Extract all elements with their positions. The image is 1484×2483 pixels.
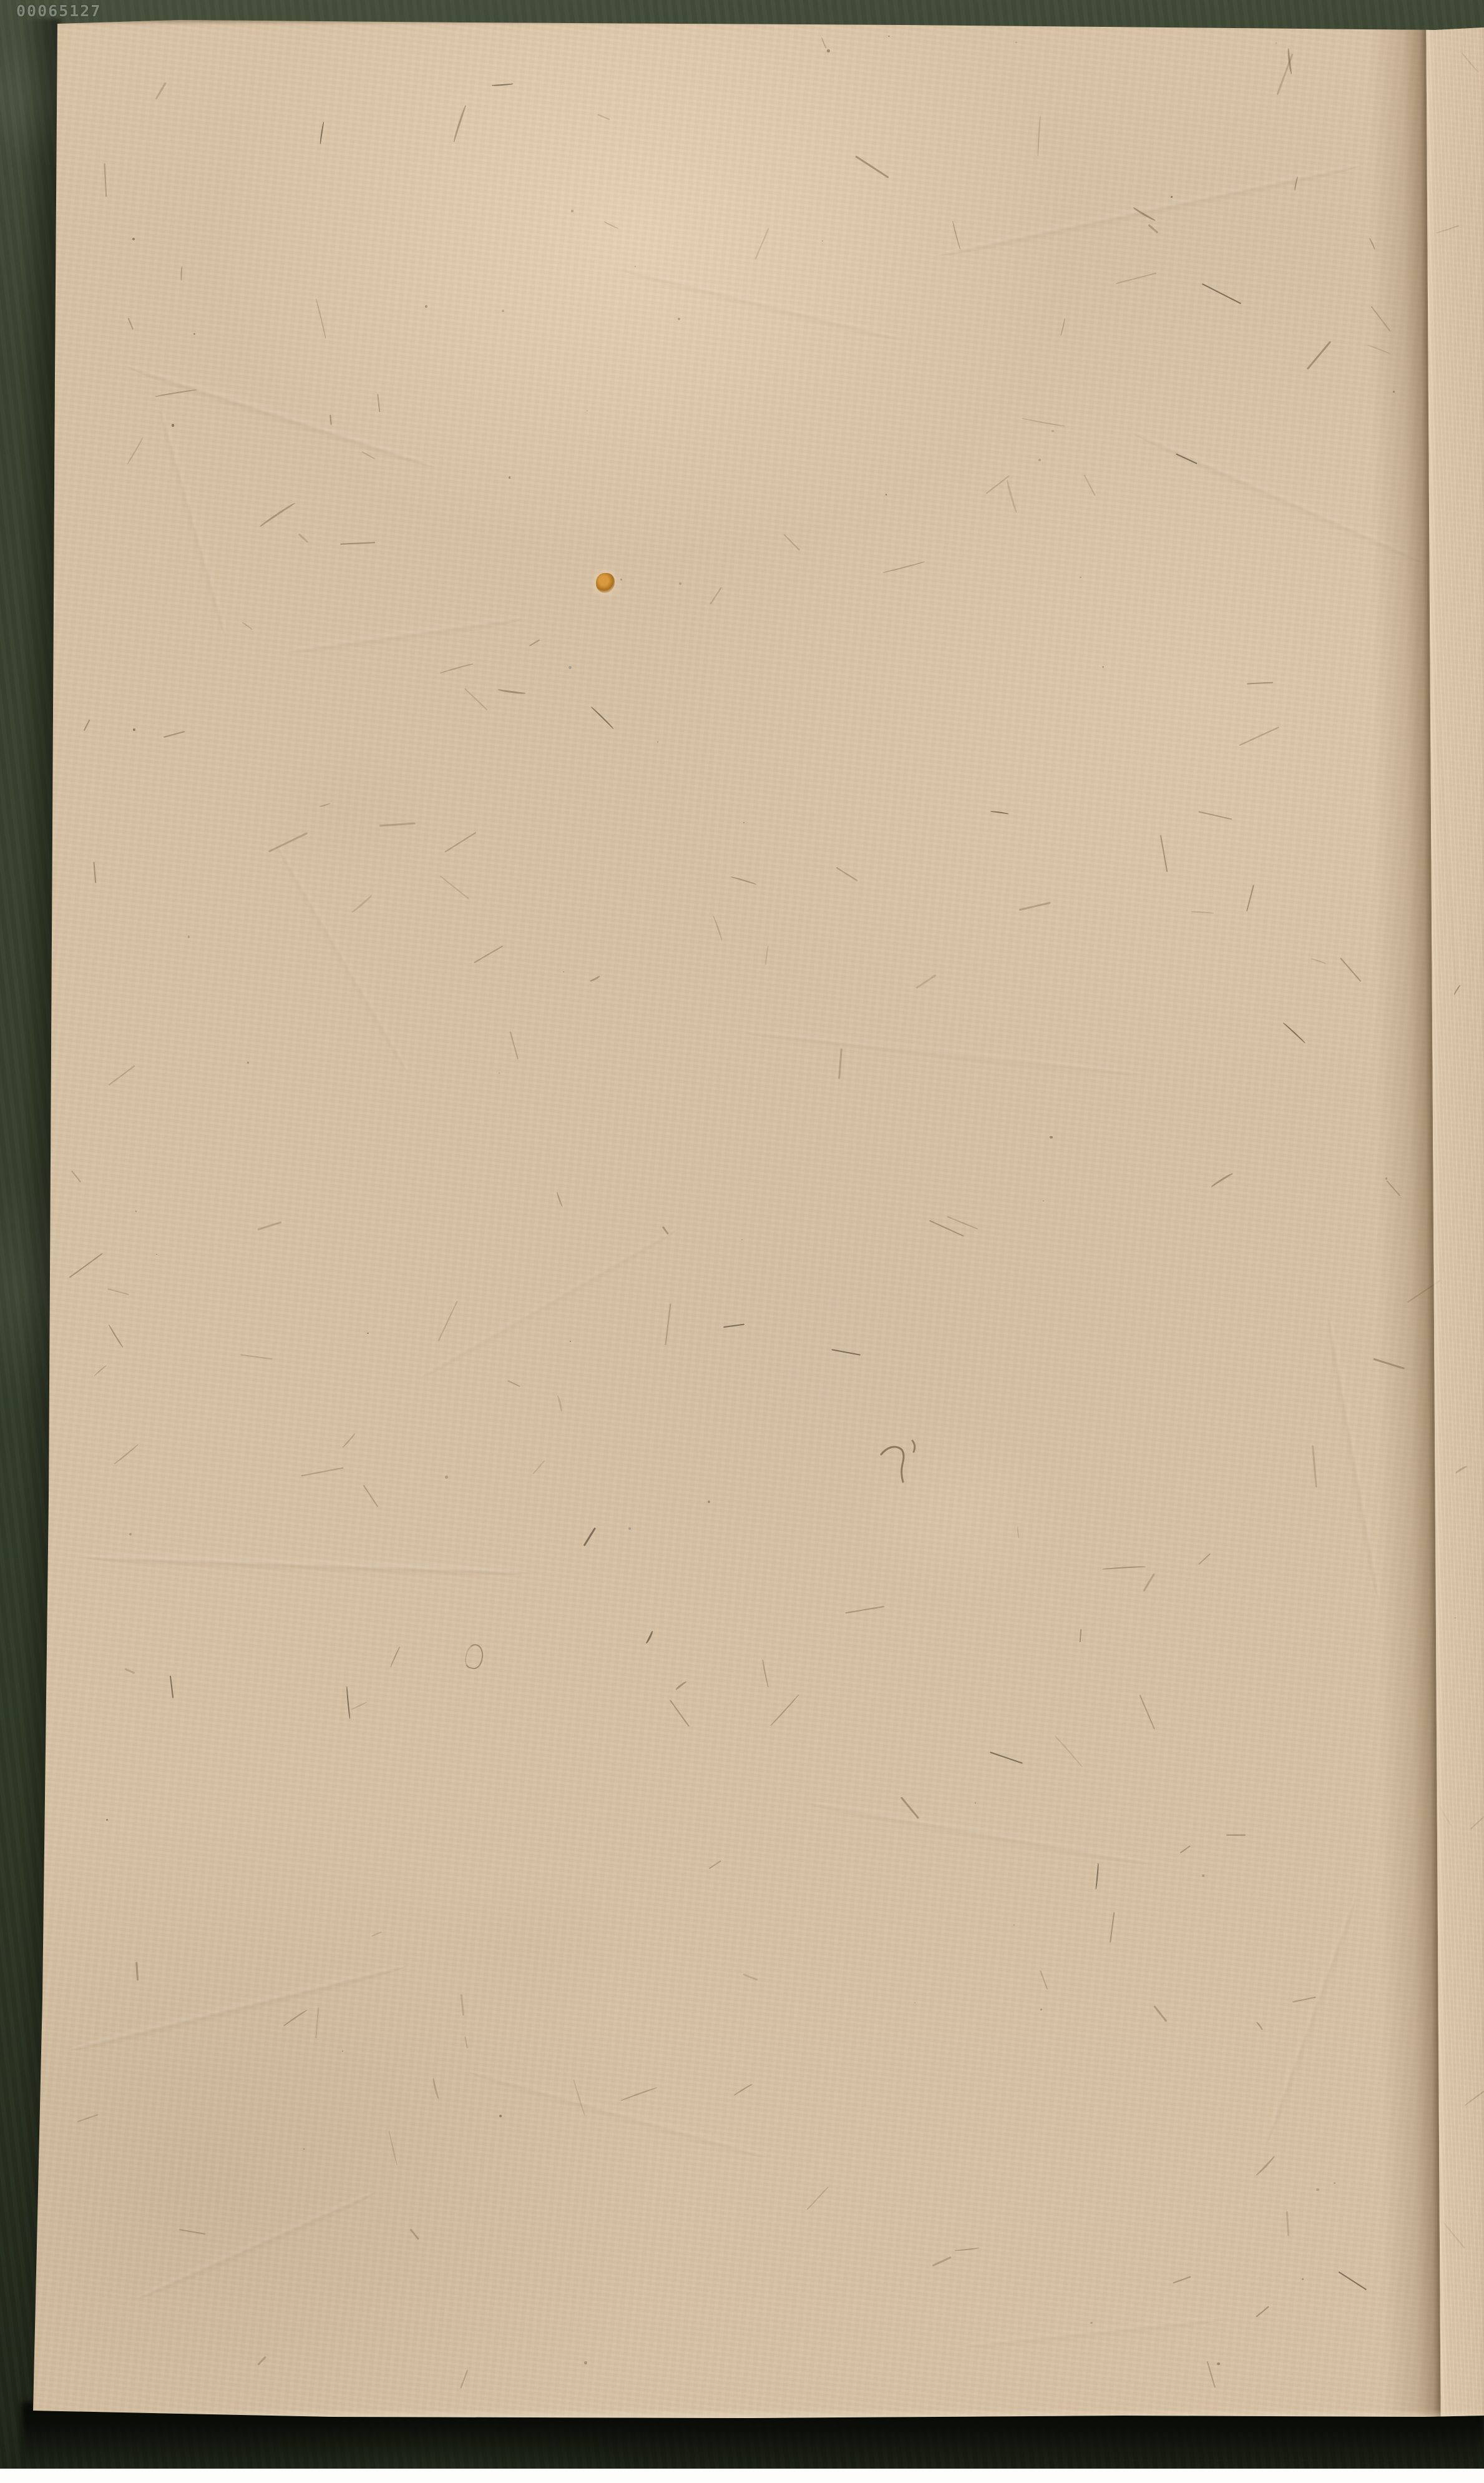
paper-speck — [132, 238, 135, 240]
paper-speck — [172, 424, 174, 426]
paper-speck — [1202, 1874, 1204, 1877]
paper-speck — [1015, 42, 1017, 43]
scanned-page-view: 00065127 — [0, 0, 1484, 2483]
scan-id-label: 00065127 — [16, 2, 101, 20]
paper-speck — [342, 2050, 343, 2052]
paper-speck — [571, 210, 574, 212]
paper-speck — [502, 310, 504, 312]
paper-speck — [569, 666, 572, 669]
paper-speck — [886, 494, 887, 496]
paper-speck — [1050, 1136, 1052, 1139]
paper-speck — [914, 2002, 915, 2004]
paper-speck — [657, 741, 659, 743]
paper-speck — [678, 318, 680, 320]
paper-speck — [584, 2361, 587, 2364]
paper-speck — [975, 1802, 977, 1804]
paper-speck — [1316, 2188, 1319, 2192]
paper-speck — [822, 240, 823, 242]
paper-speck — [106, 1819, 108, 1821]
paper-mottle-texture — [25, 16, 1484, 2426]
paper-speck — [635, 266, 636, 267]
book-page-blank — [25, 16, 1484, 2426]
paper-speck — [188, 936, 190, 938]
paper-speck — [628, 1527, 631, 1530]
paper-speck — [679, 582, 681, 585]
paper-speck — [133, 728, 135, 731]
paper-speck — [509, 476, 511, 479]
paper-speck — [499, 1072, 500, 1074]
paper-squiggle-fiber — [874, 1434, 930, 1491]
paper-speck — [827, 49, 830, 52]
paper-speck — [1043, 1200, 1044, 1202]
paper-speck — [708, 1501, 710, 1502]
scan-bottom-white-strip — [0, 2469, 1484, 2483]
paper-speck — [888, 36, 890, 37]
paper-fiber — [1226, 1834, 1246, 1836]
paper-speck — [570, 1341, 571, 1342]
paper-speck — [1171, 196, 1172, 197]
paper-speck — [563, 971, 564, 972]
paper-speck — [1038, 459, 1041, 461]
paper-speck — [303, 2148, 305, 2150]
paper-speck — [156, 1254, 157, 1255]
paper-speck — [1040, 2009, 1042, 2010]
paper-speck — [1052, 430, 1054, 433]
paper-speck — [1102, 666, 1104, 668]
page-gutter-fold — [1369, 2, 1484, 2439]
